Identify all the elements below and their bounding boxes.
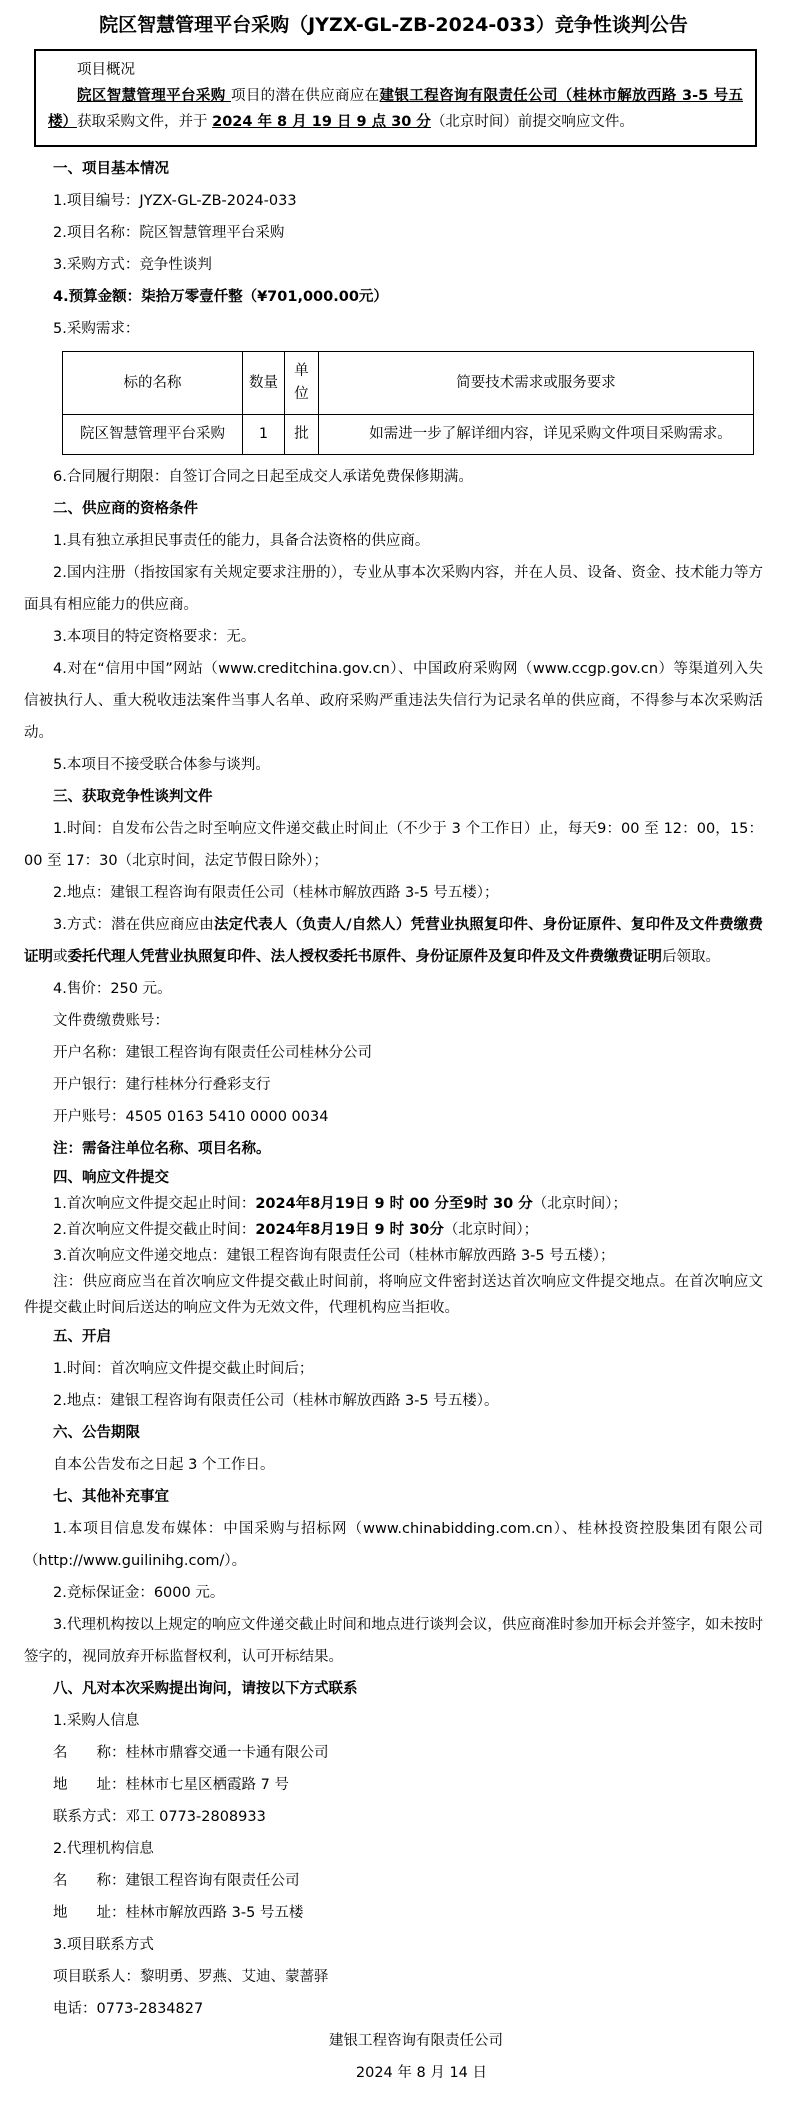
paragraph-obtain-time: 1.时间：自发布公告之时至响应文件递交截止时间止（不少于 3 个工作日）止，每天… <box>24 813 763 877</box>
paragraph-publish-media: 1.本项目信息发布媒体：中国采购与招标网（www.chinabidding.co… <box>24 1513 763 1577</box>
section-response-submission: 四、响应文件提交 1.首次响应文件提交起止时间：2024年8月19日 9 时 0… <box>24 1165 763 1321</box>
text-run: 项目的潜在供应商应在 <box>231 88 380 104</box>
paragraph-submit-note: 注：供应商应当在首次响应文件提交截止时间前，将响应文件密封送达首次响应文件提交地… <box>24 1269 763 1321</box>
paragraph-qualification-2: 2.国内注册（指按国家有关规定要求注册的），专业从事本次采购内容，并在人员、设备… <box>24 557 763 621</box>
paragraph-project-number: 1.项目编号：JYZX-GL-ZB-2024-033 <box>24 185 763 217</box>
paragraph-purchaser-name: 名 称：桂林市鼎睿交通一卡通有限公司 <box>24 1737 763 1769</box>
overview-paragraph: 院区智慧管理平台采购 项目的潜在供应商应在建银工程咨询有限责任公司（桂林市解放西… <box>48 83 743 135</box>
paragraph-qualification-4: 4.对在“信用中国”网站（www.creditchina.gov.cn）、中国政… <box>24 653 763 749</box>
paragraph-agency-name: 名 称：建银工程咨询有限责任公司 <box>24 1865 763 1897</box>
section-heading: 四、响应文件提交 <box>24 1165 763 1191</box>
cell-requirement: 如需进一步了解详细内容，详见采购文件项目采购需求。 <box>319 415 754 455</box>
paragraph-obtain-location: 2.地点：建银工程咨询有限责任公司（桂林市解放西路 3-5 号五楼）； <box>24 877 763 909</box>
paragraph-requirement-label: 5.采购需求： <box>24 313 763 345</box>
paragraph-bid-deposit: 2.竞标保证金：6000 元。 <box>24 1577 763 1609</box>
text-run: 或 <box>53 949 68 965</box>
paragraph-project-phone: 电话：0773-2834827 <box>24 1993 763 2025</box>
table-row: 院区智慧管理平台采购 1 批 如需进一步了解详细内容，详见采购文件项目采购需求。 <box>63 415 754 455</box>
overview-label: 项目概况 <box>48 57 743 83</box>
paragraph-qualification-3: 3.本项目的特定资格要求：无。 <box>24 621 763 653</box>
paragraph-agency-address: 地 址：桂林市解放西路 3-5 号五楼 <box>24 1897 763 1929</box>
section-basic-info: 一、项目基本情况 1.项目编号：JYZX-GL-ZB-2024-033 2.项目… <box>24 153 763 493</box>
text-run: （北京时间）； <box>444 1222 538 1238</box>
table-header-quantity: 数量 <box>243 352 285 415</box>
section-obtain-documents: 三、获取竞争性谈判文件 1.时间：自发布公告之时至响应文件递交截止时间止（不少于… <box>24 781 763 1165</box>
paragraph-contract-period: 6.合同履行期限：自签订合同之日起至成交人承诺免费保修期满。 <box>24 461 763 493</box>
text-run-datetime: 2024年8月19日 9 时 00 分至9时 30 分 <box>255 1196 532 1212</box>
section-other-matters: 七、其他补充事宜 1.本项目信息发布媒体：中国采购与招标网（www.chinab… <box>24 1481 763 1673</box>
text-run: 获取采购文件，并于 <box>77 114 212 130</box>
paragraph-account-number: 开户账号：4505 0163 5410 0000 0034 <box>24 1101 763 1133</box>
paragraph-agency-info-label: 2.代理机构信息 <box>24 1833 763 1865</box>
paragraph-announcement-period: 自本公告发布之日起 3 个工作日。 <box>24 1449 763 1481</box>
paragraph-opening-location: 2.地点：建银工程咨询有限责任公司（桂林市解放西路 3-5 号五楼）。 <box>24 1385 763 1417</box>
paragraph-negotiation-meeting: 3.代理机构按以上规定的响应文件递交截止时间和地点进行谈判会议，供应商准时参加开… <box>24 1609 763 1673</box>
section-heading: 六、公告期限 <box>24 1417 763 1449</box>
text-run-agent: 委托代理人凭营业执照复印件、法人授权委托书原件、身份证原件及复印件及文件费缴费证… <box>68 949 663 965</box>
paragraph-purchaser-info-label: 1.采购人信息 <box>24 1705 763 1737</box>
paragraph-obtain-method: 3.方式：潜在供应商应由法定代表人（负责人/自然人）凭营业执照复印件、身份证原件… <box>24 909 763 973</box>
cell-quantity: 1 <box>243 415 285 455</box>
paragraph-submit-deadline: 2.首次响应文件提交截止时间：2024年8月19日 9 时 30分（北京时间）； <box>24 1217 763 1243</box>
text-run-deadline: 2024 年 8 月 19 日 9 点 30 分 <box>212 114 431 130</box>
text-run: 1.首次响应文件提交起止时间： <box>53 1196 255 1212</box>
table-header-unit: 单位 <box>285 352 319 415</box>
paragraph-account-name: 开户名称：建银工程咨询有限责任公司桂林分公司 <box>24 1037 763 1069</box>
paragraph-project-contact-label: 3.项目联系方式 <box>24 1929 763 1961</box>
text-run: 3.方式：潜在供应商应由 <box>53 917 214 933</box>
section-contact-info: 八、凡对本次采购提出询问，请按以下方式联系 1.采购人信息 名 称：桂林市鼎睿交… <box>24 1673 763 2025</box>
cell-subject: 院区智慧管理平台采购 <box>63 415 243 455</box>
text-run: （北京时间）； <box>533 1196 627 1212</box>
paragraph-submit-time-range: 1.首次响应文件提交起止时间：2024年8月19日 9 时 00 分至9时 30… <box>24 1191 763 1217</box>
paragraph-price: 4.售价：250 元。 <box>24 973 763 1005</box>
section-supplier-qualification: 二、供应商的资格条件 1.具有独立承担民事责任的能力，具备合法资格的供应商。 2… <box>24 493 763 781</box>
paragraph-budget: 4.预算金额：柒拾万零壹仟整（¥701,000.00元） <box>24 281 763 313</box>
table-header-subject: 标的名称 <box>63 352 243 415</box>
text-run: 后领取。 <box>662 949 720 965</box>
section-heading: 八、凡对本次采购提出询问，请按以下方式联系 <box>24 1673 763 1705</box>
requirements-table: 标的名称 数量 单位 简要技术需求或服务要求 院区智慧管理平台采购 1 批 如需… <box>62 351 754 455</box>
table-header-row: 标的名称 数量 单位 简要技术需求或服务要求 <box>63 352 754 415</box>
section-heading: 五、开启 <box>24 1321 763 1353</box>
announcement-document: 院区智慧管理平台采购（JYZX-GL-ZB-2024-033）竞争性谈判公告 项… <box>0 0 793 2107</box>
section-announcement-period: 六、公告期限 自本公告发布之日起 3 个工作日。 <box>24 1417 763 1481</box>
section-heading: 三、获取竞争性谈判文件 <box>24 781 763 813</box>
section-heading: 一、项目基本情况 <box>24 153 763 185</box>
paragraph-account-bank: 开户银行：建行桂林分行叠彩支行 <box>24 1069 763 1101</box>
paragraph-project-name: 2.项目名称：院区智慧管理平台采购 <box>24 217 763 249</box>
paragraph-opening-time: 1.时间：首次响应文件提交截止时间后； <box>24 1353 763 1385</box>
section-heading: 七、其他补充事宜 <box>24 1481 763 1513</box>
signature-company: 建银工程咨询有限责任公司 <box>24 2025 763 2057</box>
signature-block: 建银工程咨询有限责任公司 2024 年 8 月 14 日 <box>24 2025 763 2089</box>
page-title: 院区智慧管理平台采购（JYZX-GL-ZB-2024-033）竞争性谈判公告 <box>24 12 763 39</box>
section-heading: 二、供应商的资格条件 <box>24 493 763 525</box>
text-run-datetime: 2024年8月19日 9 时 30分 <box>255 1222 444 1238</box>
section-opening: 五、开启 1.时间：首次响应文件提交截止时间后； 2.地点：建银工程咨询有限责任… <box>24 1321 763 1417</box>
paragraph-purchaser-address: 地 址：桂林市七星区栖霞路 7 号 <box>24 1769 763 1801</box>
paragraph-qualification-5: 5.本项目不接受联合体参与谈判。 <box>24 749 763 781</box>
text-run: 2.首次响应文件提交截止时间： <box>53 1222 255 1238</box>
signature-date: 2024 年 8 月 14 日 <box>24 2057 763 2089</box>
paragraph-payment-note: 注：需备注单位名称、项目名称。 <box>24 1133 763 1165</box>
paragraph-purchaser-contact: 联系方式：邓工 0773-2808933 <box>24 1801 763 1833</box>
paragraph-procurement-method: 3.采购方式：竞争性谈判 <box>24 249 763 281</box>
text-run: （北京时间）前提交响应文件。 <box>431 114 634 130</box>
paragraph-project-contacts: 项目联系人：黎明勇、罗燕、艾迪、蒙蔷驿 <box>24 1961 763 1993</box>
paragraph-qualification-1: 1.具有独立承担民事责任的能力，具备合法资格的供应商。 <box>24 525 763 557</box>
paragraph-submit-location: 3.首次响应文件递交地点：建银工程咨询有限责任公司（桂林市解放西路 3-5 号五… <box>24 1243 763 1269</box>
text-run-project-name: 院区智慧管理平台采购 <box>77 88 231 104</box>
paragraph-payment-account-label: 文件费缴费账号： <box>24 1005 763 1037</box>
table-header-requirement: 简要技术需求或服务要求 <box>319 352 754 415</box>
project-overview-box: 项目概况 院区智慧管理平台采购 项目的潜在供应商应在建银工程咨询有限责任公司（桂… <box>34 49 757 147</box>
cell-unit: 批 <box>285 415 319 455</box>
